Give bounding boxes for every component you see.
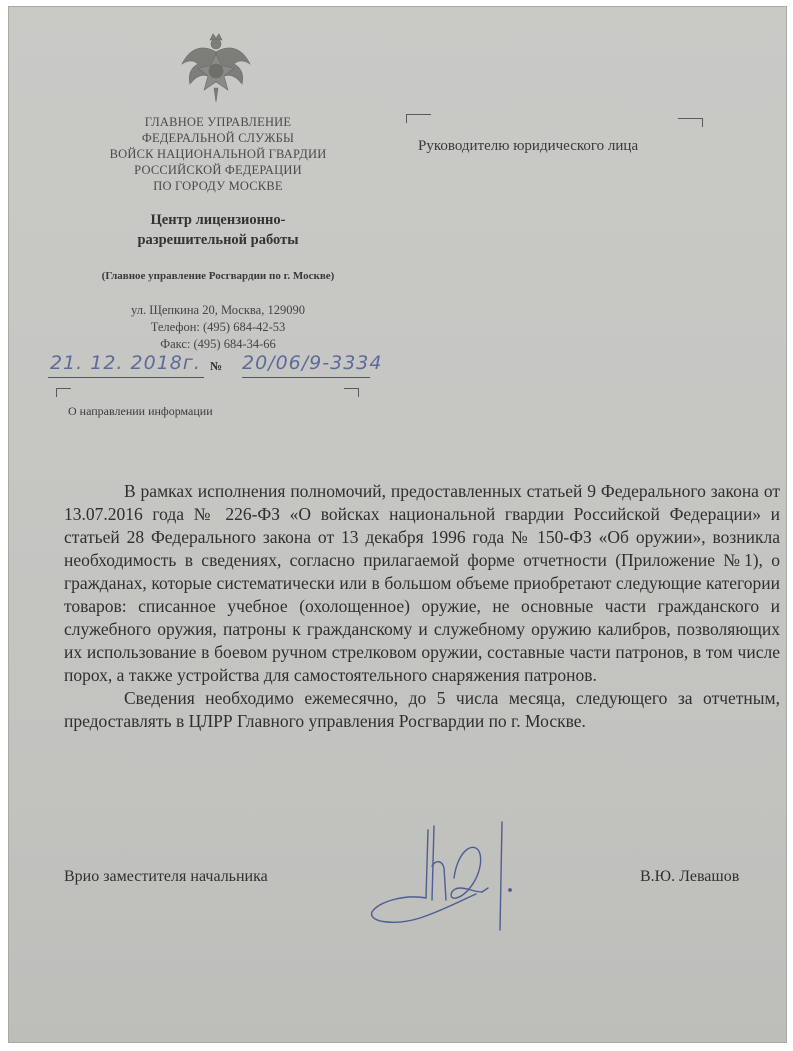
subject-bracket-left (56, 388, 71, 397)
contacts-block: ул. Щепкина 20, Москва, 129090 Телефон: … (68, 302, 368, 353)
center-name: Центр лицензионно- разрешительной работы (68, 210, 368, 250)
phone: Телефон: (495) 684-42-53 (68, 319, 368, 336)
org-line: ПО ГОРОДУ МОСКВЕ (68, 178, 368, 194)
center-subtitle: (Главное управление Росгвардии по г. Мос… (48, 270, 388, 282)
recipient: Руководителю юридического лица (418, 138, 638, 155)
center-name-line: Центр лицензионно- (68, 210, 368, 230)
subject-line: О направлении информации (68, 404, 213, 419)
subject-bracket-right (344, 388, 359, 397)
signatory-name: В.Ю. Левашов (640, 868, 739, 886)
registration-row: 21. 12. 2018г. № 20/06/9-3334 (46, 350, 426, 380)
number-sign: № (210, 359, 222, 374)
letter-body: В рамках исполнения полномочий, предоста… (64, 480, 780, 733)
recipient-bracket-right (678, 118, 703, 127)
org-line: ВОЙСК НАЦИОНАЛЬНОЙ ГВАРДИИ (68, 146, 368, 162)
signatory-position: Врио заместителя начальника (64, 868, 268, 886)
recipient-bracket-left (406, 114, 431, 123)
number-underline (242, 377, 370, 378)
rosgvardia-emblem-icon (176, 30, 256, 106)
center-name-line: разрешительной работы (68, 230, 368, 250)
handwritten-signature-icon (364, 818, 564, 948)
org-line: РОССИЙСКОЙ ФЕДЕРАЦИИ (68, 162, 368, 178)
org-line: ФЕДЕРАЛЬНОЙ СЛУЖБЫ (68, 130, 368, 146)
body-paragraph: В рамках исполнения полномочий, предоста… (64, 480, 780, 687)
registration-number: 20/06/9-3334 (242, 352, 382, 374)
body-paragraph: Сведения необходимо ежемесячно, до 5 чис… (64, 687, 780, 733)
registration-date: 21. 12. 2018г. (50, 352, 201, 374)
document-photo: ГЛАВНОЕ УПРАВЛЕНИЕ ФЕДЕРАЛЬНОЙ СЛУЖБЫ ВО… (8, 6, 787, 1043)
address: ул. Щепкина 20, Москва, 129090 (68, 302, 368, 319)
date-underline (48, 377, 204, 378)
organization-header: ГЛАВНОЕ УПРАВЛЕНИЕ ФЕДЕРАЛЬНОЙ СЛУЖБЫ ВО… (68, 114, 368, 194)
org-line: ГЛАВНОЕ УПРАВЛЕНИЕ (68, 114, 368, 130)
